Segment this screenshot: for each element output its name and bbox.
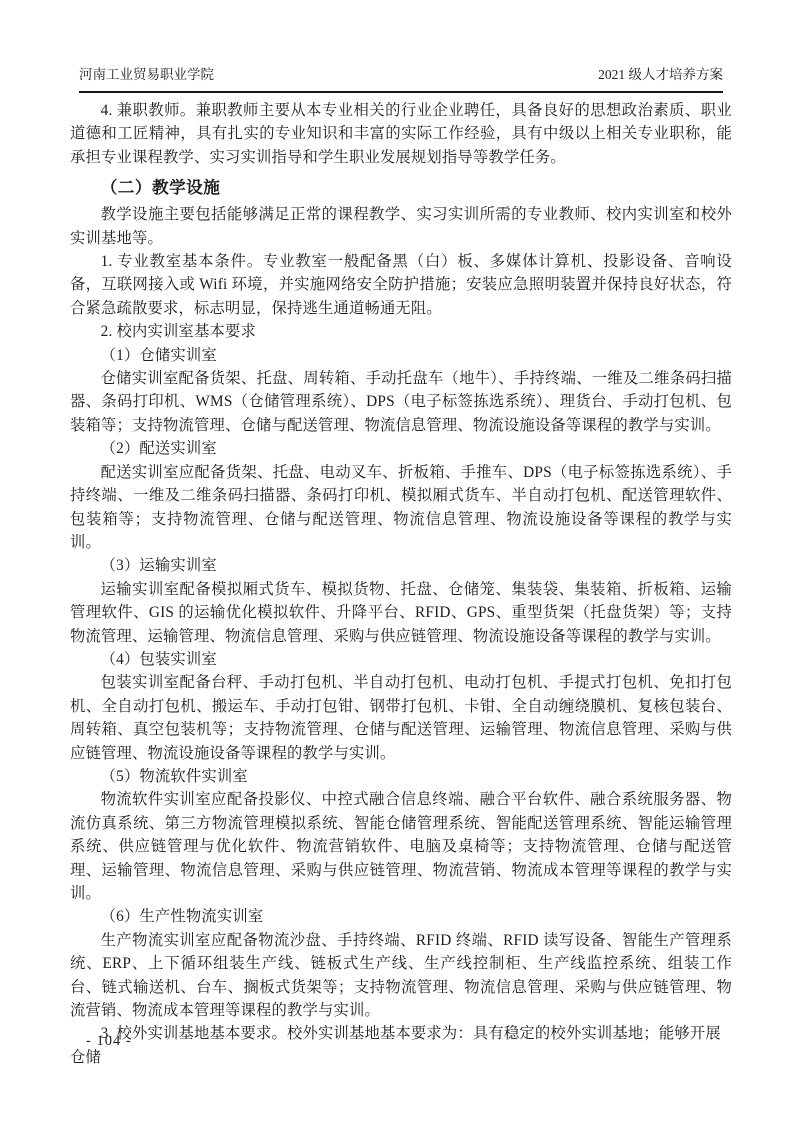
page-footer: - 104 - — [86, 1031, 132, 1051]
document-body: 4. 兼职教师。兼职教师主要从本专业相关的行业企业聘任，具备良好的思想政治素质、… — [70, 99, 732, 1069]
subheading-production-logistics-training-room: （6）生产性物流实训室 — [70, 905, 732, 928]
subheading-warehouse-training-room: （1）仓储实训室 — [70, 344, 732, 367]
paragraph-warehouse-training-room: 仓储实训室配备货架、托盘、周转箱、手动托盘车（地牛）、手持终端、一维及二维条码扫… — [70, 367, 732, 437]
subheading-packaging-training-room: （4）包装实训室 — [70, 648, 732, 671]
paragraph-production-logistics-training-room: 生产物流实训室应配备物流沙盘、手持终端、RFID 终端、RFID 读写设备、智能… — [70, 929, 732, 1023]
paragraph-facilities-overview: 教学设施主要包括能够满足正常的课程教学、实习实训所需的专业教师、校内实训室和校外… — [70, 203, 732, 250]
paragraph-transport-training-room: 运输实训室配备模拟厢式货车、模拟货物、托盘、仓储笼、集装袋、集装箱、折板箱、运输… — [70, 578, 732, 648]
page-number: - 104 - — [86, 1033, 132, 1049]
paragraph-classroom-requirements: 1. 专业教室基本条件。专业教室一般配备黑（白）板、多媒体计算机、投影设备、音响… — [70, 250, 732, 320]
paragraph-part-time-teachers: 4. 兼职教师。兼职教师主要从本专业相关的行业企业聘任，具备良好的思想政治素质、… — [70, 99, 732, 169]
subheading-distribution-training-room: （2）配送实训室 — [70, 437, 732, 460]
subheading-logistics-software-training-room: （5）物流软件实训室 — [70, 765, 732, 788]
paragraph-offcampus-base-requirements: 3. 校外实训基地基本要求。校外实训基地基本要求为：具有稳定的校外实训基地；能够… — [70, 1022, 732, 1069]
header-rule-divider — [79, 91, 723, 93]
header-school-name: 河南工业贸易职业学院 — [79, 66, 214, 84]
section-heading-teaching-facilities: （二）教学设施 — [70, 176, 732, 200]
page-header: 河南工业贸易职业学院 2021 级人才培养方案 — [79, 66, 723, 90]
subheading-transport-training-room: （3）运输实训室 — [70, 554, 732, 577]
paragraph-campus-training-room-requirements: 2. 校内实训室基本要求 — [70, 320, 732, 343]
header-doc-title: 2021 级人才培养方案 — [598, 66, 723, 84]
paragraph-logistics-software-training-room: 物流软件实训室应配备投影仪、中控式融合信息终端、融合平台软件、融合系统服务器、物… — [70, 788, 732, 905]
document-page: 河南工业贸易职业学院 2021 级人才培养方案 4. 兼职教师。兼职教师主要从本… — [0, 0, 793, 1122]
paragraph-packaging-training-room: 包装实训室配备台秤、手动打包机、半自动打包机、电动打包机、手提式打包机、免扣打包… — [70, 671, 732, 765]
paragraph-distribution-training-room: 配送实训室应配备货架、托盘、电动叉车、折板箱、手推车、DPS（电子标签拣选系统）… — [70, 461, 732, 555]
